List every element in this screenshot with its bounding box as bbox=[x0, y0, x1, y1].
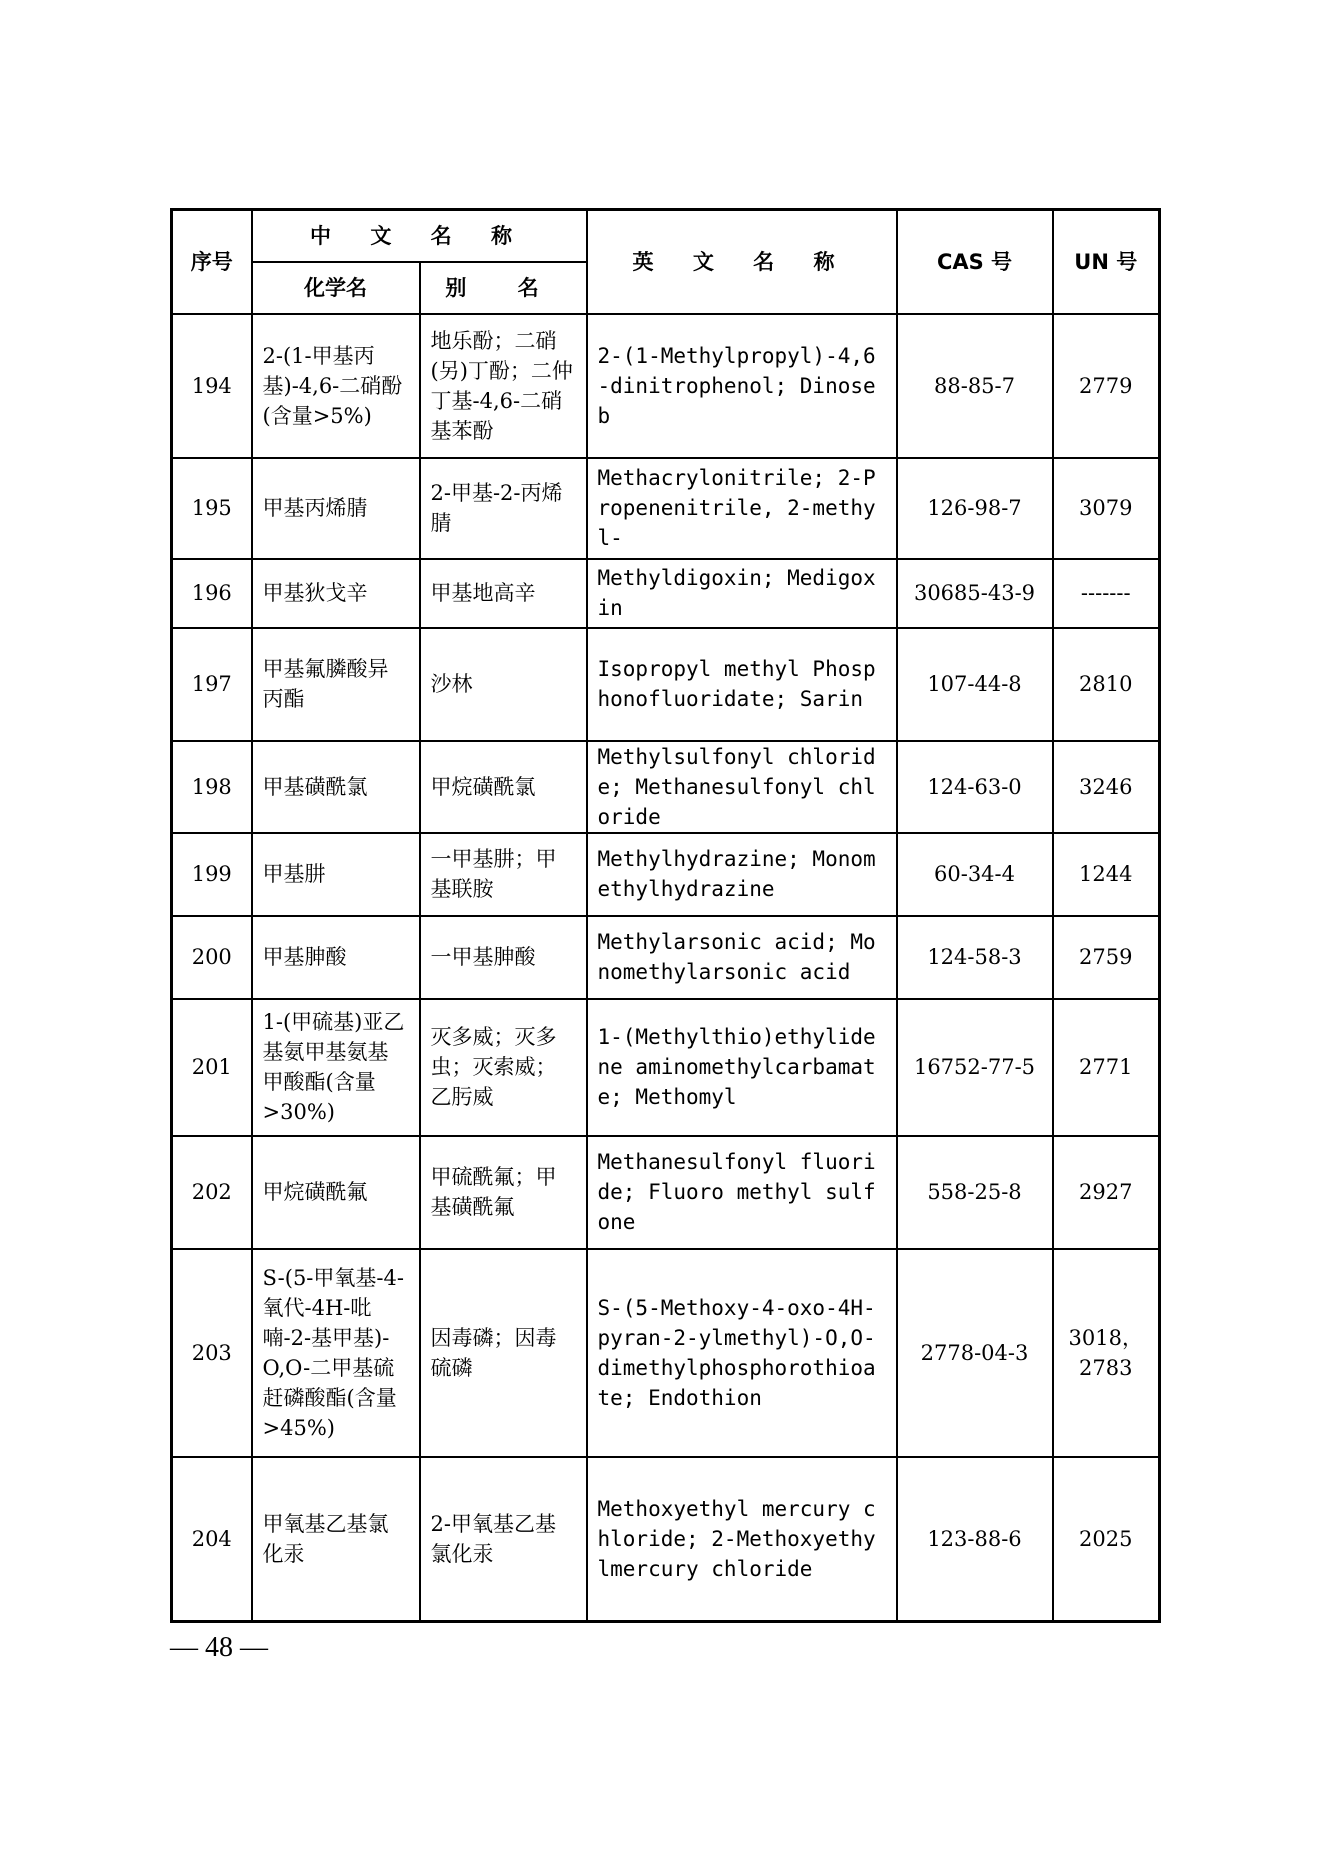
header-chemical-name: 化学名 bbox=[252, 262, 420, 314]
table-row: 199 甲基肼 一甲基肼；甲基联胺 Methylhydrazine; Monom… bbox=[172, 833, 1160, 916]
un-number: 3246 bbox=[1053, 741, 1160, 833]
chemical-name: S-(5-甲氧基-4-氧代-4H-吡喃-2-基甲基)-O,O-二甲基硫赶磷酸酯(… bbox=[252, 1249, 420, 1457]
cas-number: 16752-77-5 bbox=[897, 999, 1053, 1136]
english-name: Methylarsonic acid; Monomethylarsonic ac… bbox=[587, 916, 897, 999]
un-number: 2810 bbox=[1053, 628, 1160, 741]
row-number: 199 bbox=[172, 833, 252, 916]
cas-number: 126-98-7 bbox=[897, 458, 1053, 559]
chemical-name: 甲基肼 bbox=[252, 833, 420, 916]
row-number: 202 bbox=[172, 1136, 252, 1249]
header-un: UN 号 bbox=[1053, 210, 1160, 314]
un-number: 2779 bbox=[1053, 314, 1160, 458]
alias: 甲硫酰氟；甲基磺酰氟 bbox=[420, 1136, 587, 1249]
english-name: Isopropyl methyl Phosphonofluoridate; Sa… bbox=[587, 628, 897, 741]
table-row: 194 2-(1-甲基丙基)-4,6-二硝酚(含量>5%) 地乐酚；二硝(另)丁… bbox=[172, 314, 1160, 458]
row-number: 195 bbox=[172, 458, 252, 559]
cas-number: 123-88-6 bbox=[897, 1457, 1053, 1622]
cas-number: 124-58-3 bbox=[897, 916, 1053, 999]
chemical-name: 1-(甲硫基)亚乙基氨甲基氨基甲酸酯(含量>30%) bbox=[252, 999, 420, 1136]
chemical-name: 2-(1-甲基丙基)-4,6-二硝酚(含量>5%) bbox=[252, 314, 420, 458]
table-row: 195 甲基丙烯腈 2-甲基-2-丙烯腈 Methacrylonitrile; … bbox=[172, 458, 1160, 559]
alias: 一甲基肼；甲基联胺 bbox=[420, 833, 587, 916]
row-number: 200 bbox=[172, 916, 252, 999]
table-row: 197 甲基氟膦酸异丙酯 沙林 Isopropyl methyl Phospho… bbox=[172, 628, 1160, 741]
header-chinese-name: 中 文 名 称 bbox=[252, 210, 587, 262]
row-number: 201 bbox=[172, 999, 252, 1136]
header-seq: 序号 bbox=[172, 210, 252, 314]
document-page: 序号 中 文 名 称 英 文 名 称 CAS 号 UN 号 化学名 别 名 19… bbox=[0, 0, 1323, 1871]
un-number: 2759 bbox=[1053, 916, 1160, 999]
english-name: 1-(Methylthio)ethylidene aminomethylcarb… bbox=[587, 999, 897, 1136]
english-name: Methylhydrazine; Monomethylhydrazine bbox=[587, 833, 897, 916]
table-row: 201 1-(甲硫基)亚乙基氨甲基氨基甲酸酯(含量>30%) 灭多威；灭多虫；灭… bbox=[172, 999, 1160, 1136]
row-number: 198 bbox=[172, 741, 252, 833]
un-number: ------- bbox=[1053, 559, 1160, 628]
header-cas: CAS 号 bbox=[897, 210, 1053, 314]
alias: 2-甲基-2-丙烯腈 bbox=[420, 458, 587, 559]
chemical-name: 甲基氟膦酸异丙酯 bbox=[252, 628, 420, 741]
english-name: Methanesulfonyl fluoride; Fluoro methyl … bbox=[587, 1136, 897, 1249]
row-number: 194 bbox=[172, 314, 252, 458]
un-number: 2927 bbox=[1053, 1136, 1160, 1249]
table-row: 200 甲基胂酸 一甲基胂酸 Methylarsonic acid; Monom… bbox=[172, 916, 1160, 999]
alias: 甲烷磺酰氯 bbox=[420, 741, 587, 833]
cas-number: 30685-43-9 bbox=[897, 559, 1053, 628]
cas-number: 124-63-0 bbox=[897, 741, 1053, 833]
table-row: 196 甲基狄戈辛 甲基地高辛 Methyldigoxin; Medigoxin… bbox=[172, 559, 1160, 628]
chemical-name: 甲氧基乙基氯化汞 bbox=[252, 1457, 420, 1622]
row-number: 203 bbox=[172, 1249, 252, 1457]
row-number: 197 bbox=[172, 628, 252, 741]
english-name: Methoxyethyl mercury chloride; 2-Methoxy… bbox=[587, 1457, 897, 1622]
row-number: 204 bbox=[172, 1457, 252, 1622]
un-number: 3079 bbox=[1053, 458, 1160, 559]
table-row: 202 甲烷磺酰氟 甲硫酰氟；甲基磺酰氟 Methanesulfonyl flu… bbox=[172, 1136, 1160, 1249]
chemical-name: 甲基磺酰氯 bbox=[252, 741, 420, 833]
cas-number: 88-85-7 bbox=[897, 314, 1053, 458]
table-row: 204 甲氧基乙基氯化汞 2-甲氧基乙基氯化汞 Methoxyethyl mer… bbox=[172, 1457, 1160, 1622]
cas-number: 2778-04-3 bbox=[897, 1249, 1053, 1457]
cas-number: 107-44-8 bbox=[897, 628, 1053, 741]
alias: 地乐酚；二硝(另)丁酚；二仲丁基-4,6-二硝基苯酚 bbox=[420, 314, 587, 458]
un-number: 2025 bbox=[1053, 1457, 1160, 1622]
alias: 灭多威；灭多虫；灭索威；乙肟威 bbox=[420, 999, 587, 1136]
chemical-name: 甲基狄戈辛 bbox=[252, 559, 420, 628]
alias: 一甲基胂酸 bbox=[420, 916, 587, 999]
english-name: Methylsulfonyl chloride; Methanesulfonyl… bbox=[587, 741, 897, 833]
alias: 因毒磷；因毒硫磷 bbox=[420, 1249, 587, 1457]
header-english-name: 英 文 名 称 bbox=[587, 210, 897, 314]
un-number: 2771 bbox=[1053, 999, 1160, 1136]
un-number: 3018， 2783 bbox=[1053, 1249, 1160, 1457]
page-number: — 48 — bbox=[170, 1632, 268, 1664]
cas-number: 60-34-4 bbox=[897, 833, 1053, 916]
table-row: 198 甲基磺酰氯 甲烷磺酰氯 Methylsulfonyl chloride;… bbox=[172, 741, 1160, 833]
english-name: Methacrylonitrile; 2-Propenenitrile, 2-m… bbox=[587, 458, 897, 559]
alias: 甲基地高辛 bbox=[420, 559, 587, 628]
un-number: 1244 bbox=[1053, 833, 1160, 916]
chemical-name: 甲基胂酸 bbox=[252, 916, 420, 999]
english-name: 2-(1-Methylpropyl)-4,6-dinitrophenol; Di… bbox=[587, 314, 897, 458]
chemical-name: 甲基丙烯腈 bbox=[252, 458, 420, 559]
table-row: 203 S-(5-甲氧基-4-氧代-4H-吡喃-2-基甲基)-O,O-二甲基硫赶… bbox=[172, 1249, 1160, 1457]
chemical-name: 甲烷磺酰氟 bbox=[252, 1136, 420, 1249]
english-name: Methyldigoxin; Medigoxin bbox=[587, 559, 897, 628]
row-number: 196 bbox=[172, 559, 252, 628]
header-alias: 别 名 bbox=[420, 262, 587, 314]
cas-number: 558-25-8 bbox=[897, 1136, 1053, 1249]
alias: 2-甲氧基乙基氯化汞 bbox=[420, 1457, 587, 1622]
english-name: S-(5-Methoxy-4-oxo-4H-pyran-2-ylmethyl)-… bbox=[587, 1249, 897, 1457]
alias: 沙林 bbox=[420, 628, 587, 741]
hazardous-chemicals-table: 序号 中 文 名 称 英 文 名 称 CAS 号 UN 号 化学名 别 名 19… bbox=[170, 208, 1161, 1623]
